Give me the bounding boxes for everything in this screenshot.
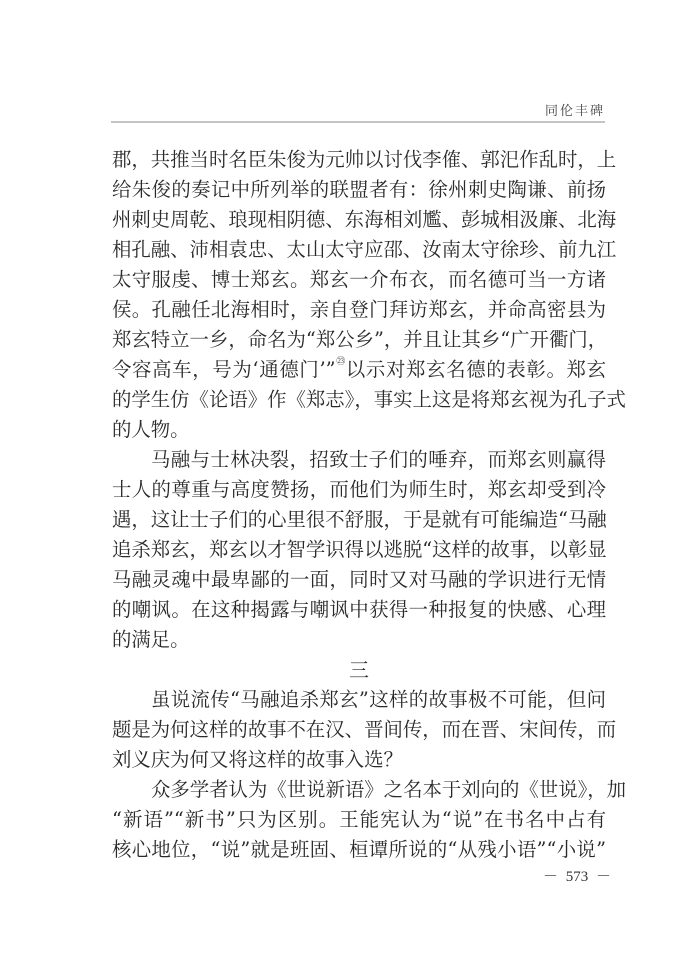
text-line: 侯。孔融任北海相时，亲自登门拜访郑玄，并命高密县为: [112, 295, 606, 325]
text-line: 相孔融、沛相袁忠、太山太守应邵、汝南太守徐珍、前九江: [112, 235, 606, 265]
footnote-marker[interactable]: ㉓: [336, 357, 346, 367]
text-line: 马融与士林决裂，招致士子们的唾弃，而郑玄则赢得: [112, 445, 606, 475]
text-line: 虽说流传“马融追杀郑玄”这样的故事极不可能，但问: [112, 685, 606, 715]
text-line: 的学生仿《论语》作《郑志》，事实上这是将郑玄视为孔子式: [112, 385, 606, 415]
text-line: 的嘲讽。在这种揭露与嘲讽中获得一种报复的快感、心理: [112, 595, 606, 625]
body-text: 郡，共推当时名臣朱俊为元帅以讨伐李傕、郭汜作乱时，上 给朱俊的奏记中所列举的联盟…: [112, 145, 606, 865]
paragraph-4: 众多学者认为《世说新语》之名本于刘向的《世说》，加 “新语”“新书”只为区别。王…: [112, 775, 606, 865]
text-line: 众多学者认为《世说新语》之名本于刘向的《世说》，加: [112, 775, 606, 805]
paragraph-2: 马融与士林决裂，招致士子们的唾弃，而郑玄则赢得 士人的尊重与高度赞扬，而他们为师…: [112, 445, 606, 655]
text-line: 刘义庆为何又将这样的故事入选？: [112, 745, 606, 775]
text-line: 给朱俊的奏记中所列举的联盟者有：徐州刺史陶谦、前扬: [112, 175, 606, 205]
text-line: 核心地位，“说”就是班固、桓谭所说的“从残小语”“小说”: [112, 835, 606, 865]
paragraph-1: 郡，共推当时名臣朱俊为元帅以讨伐李傕、郭汜作乱时，上 给朱俊的奏记中所列举的联盟…: [112, 145, 606, 445]
page-number: － 573 －: [543, 865, 611, 886]
text-segment: 以示对郑玄名德的表彰。郑玄: [346, 358, 606, 381]
paragraph-3: 虽说流传“马融追杀郑玄”这样的故事极不可能，但问 题是为何这样的故事不在汉、晋间…: [112, 685, 606, 775]
text-segment: 令容高车，号为‘通德门’”: [112, 358, 336, 381]
text-line: 的人物。: [112, 415, 606, 445]
text-line: 的满足。: [112, 625, 606, 655]
section-heading: 三: [112, 655, 606, 685]
running-title: 同伦丰碑: [545, 100, 605, 119]
running-header: 同伦丰碑: [111, 100, 605, 122]
text-line: 士人的尊重与高度赞扬，而他们为师生时，郑玄却受到冷: [112, 475, 606, 505]
text-line: 马融灵魂中最卑鄙的一面，同时又对马融的学识进行无情: [112, 565, 606, 595]
text-line: 郑玄特立一乡，命名为“郑公乡”，并且让其乡“广开衢门，: [112, 325, 606, 355]
text-line: 追杀郑玄，郑玄以才智学识得以逃脱“这样的故事，以彰显: [112, 535, 606, 565]
text-line: 题是为何这样的故事不在汉、晋间传，而在晋、宋间传，而: [112, 715, 606, 745]
text-line-with-footnote: 令容高车，号为‘通德门’”㉓以示对郑玄名德的表彰。郑玄: [112, 355, 606, 385]
text-line: 遇，这让士子们的心里很不舒服，于是就有可能编造“马融: [112, 505, 606, 535]
text-line: “新语”“新书”只为区别。王能宪认为“说”在书名中占有: [112, 805, 606, 835]
text-line: 太守服虔、博士郑玄。郑玄一介布衣，而名德可当一方诸: [112, 265, 606, 295]
header-rule: [111, 121, 605, 123]
text-line: 郡，共推当时名臣朱俊为元帅以讨伐李傕、郭汜作乱时，上: [112, 145, 606, 175]
text-line: 州刺史周乾、琅现相阴德、东海相刘尷、彭城相汲廉、北海: [112, 205, 606, 235]
